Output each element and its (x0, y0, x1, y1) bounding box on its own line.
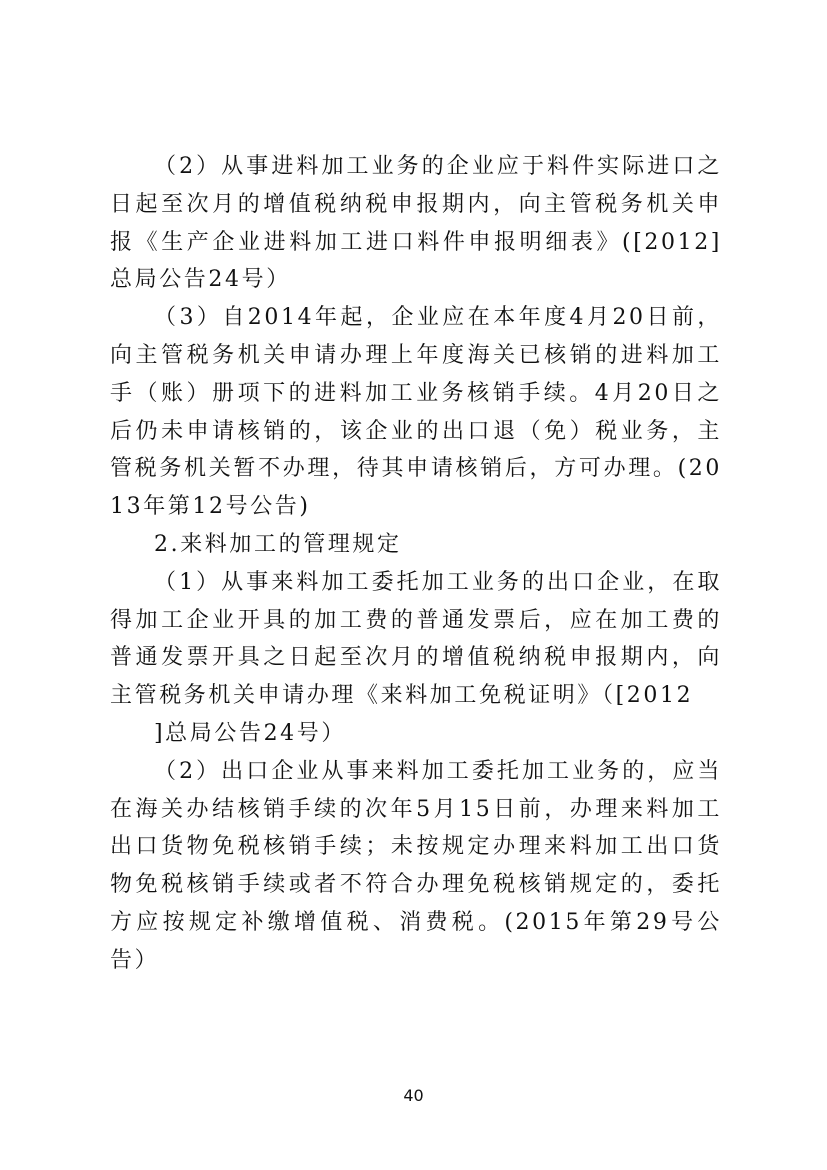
paragraph-processing-supplied-1: （1）从事来料加工委托加工业务的出口企业，在取得加工企业开具的加工费的普通发票后… (110, 564, 722, 715)
page-number: 40 (0, 1086, 827, 1105)
paragraph-import-processing-3: （3）自2014年起，企业应在本年度4月20日前，向主管税务机关申请办理上年度海… (110, 299, 722, 526)
paragraph-import-processing-2: （2）从事进料加工业务的企业应于料件实际进口之日起至次月的增值税纳税申报期内，向… (110, 148, 722, 299)
section-heading-processing-supplied: 2.来料加工的管理规定 (110, 526, 722, 564)
document-page: （2）从事进料加工业务的企业应于料件实际进口之日起至次月的增值税纳税申报期内，向… (110, 148, 722, 980)
paragraph-processing-supplied-2: （2）出口企业从事来料加工委托加工业务的，应当在海关办结核销手续的次年5月15日… (110, 753, 722, 980)
paragraph-processing-supplied-1-continued: ]总局公告24号） (110, 715, 722, 753)
